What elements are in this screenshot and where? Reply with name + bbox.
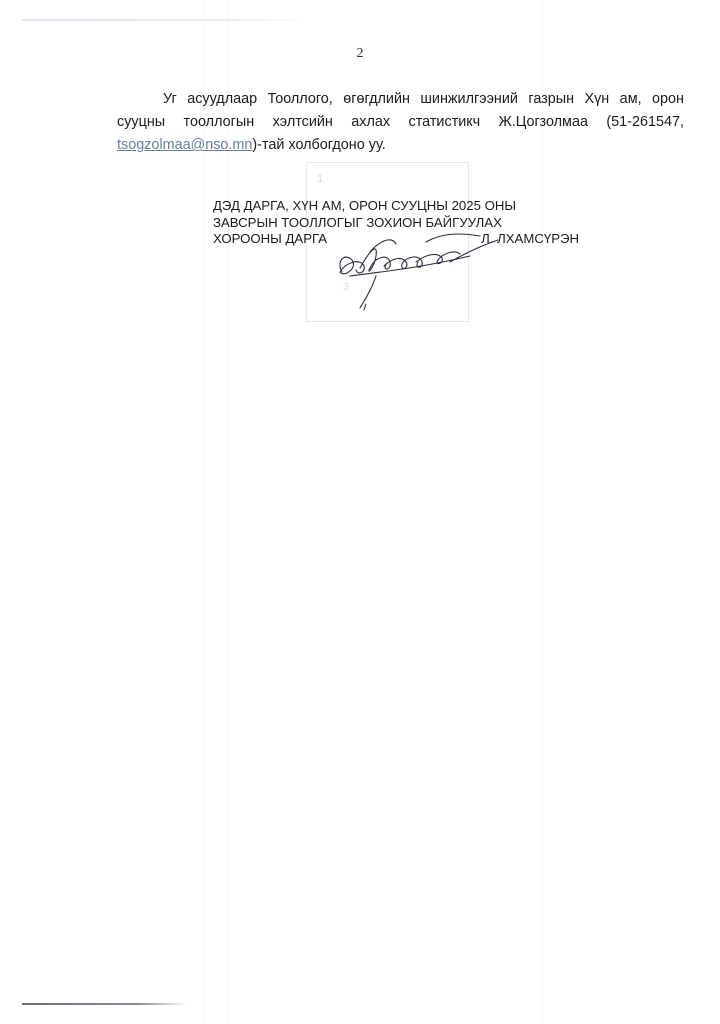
- stamp-digit: 1: [317, 173, 323, 185]
- email-link[interactable]: tsogzolmaa@nso.mn: [117, 137, 252, 153]
- handwritten-signature: [330, 232, 500, 312]
- body-line-2: сууцны тооллогын хэлтсийн ахлах статисти…: [117, 111, 684, 134]
- body-paragraph: Уг асуудлаар Тооллого, өгөгдлийн шинжилг…: [117, 88, 684, 157]
- signatory-title-line-1: ДЭД ДАРГА, ХҮН АМ, ОРОН СУУЦНЫ 2025 ОНЫ: [213, 198, 593, 215]
- body-line-3: tsogzolmaa@nso.mn)-тай холбогдоно уу.: [117, 134, 684, 157]
- signatory-title-line-2: ЗАВСРЫН ТООЛЛОГЫГ ЗОХИОН БАЙГУУЛАХ: [213, 215, 593, 232]
- scan-artifact-bottom-line: [22, 1003, 187, 1005]
- scan-artifact-top-line: [22, 19, 312, 21]
- page-number: 2: [0, 46, 720, 62]
- signatory-title-line-3: ХОРООНЫ ДАРГА: [213, 231, 327, 248]
- body-line-1: Уг асуудлаар Тооллого, өгөгдлийн шинжилг…: [117, 88, 684, 111]
